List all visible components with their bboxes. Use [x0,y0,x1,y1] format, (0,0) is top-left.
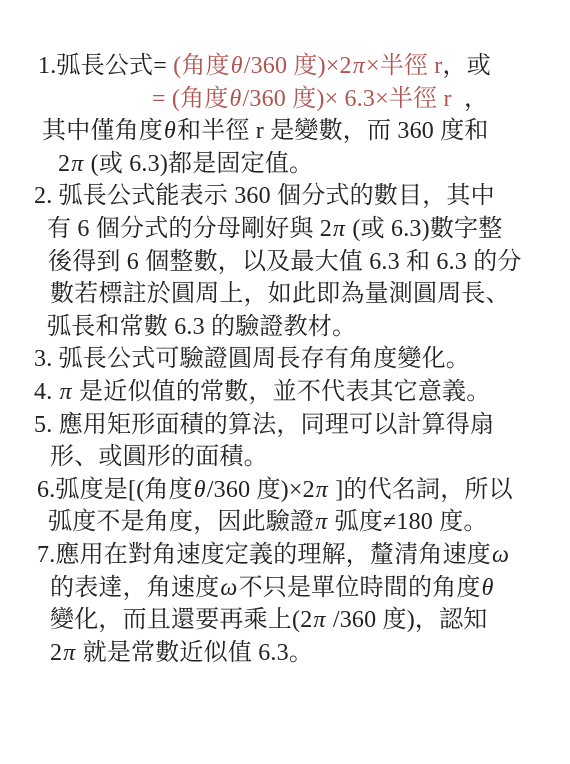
greek-symbol: π [59,379,73,405]
text-segment: 6.弧度是[(角度θ/360 度)×2π ]的代名詞，所以 [37,477,513,503]
text-segment: 7.應用在對角速度定義的理解，釐清角速度ω [37,542,510,568]
text-line-7: 後得到 6 個整數，以及最大值 6.3 和 6.3 的分 [48,246,560,279]
text-line-14: 6.弧度是[(角度θ/360 度)×2π ]的代名詞，所以 [37,474,560,507]
greek-symbol: ω [491,542,510,568]
greek-symbol: θ [193,477,207,503]
text-segment: ，或 [443,53,491,79]
text-segment: 2π (或 6.3)都是固定值。 [58,151,313,177]
text-line-15: 弧度不是角度，因此驗證π 弧度≠180 度。 [48,506,560,539]
greek-symbol: θ [481,575,495,601]
text-segment: 5. 應用矩形面積的算法，同理可以計算得扇 [34,412,494,438]
formula-highlight-segment: = (角度θ/360 度)× 6.3×半徑 r [152,86,452,112]
text-segment: 形、或圓形的面積。 [50,444,268,470]
greek-symbol: ω [219,575,238,601]
greek-symbol: π [315,477,329,503]
text-line-11: 4. π 是近似值的常數，並不代表其它意義。 [34,376,560,409]
greek-symbol: π [70,151,84,177]
document-page: 1.弧長公式= (角度θ/360 度)×2π×半徑 r，或= (角度θ/360 … [0,0,570,764]
greek-symbol: θ [229,86,243,112]
greek-symbol: π [332,216,346,242]
text-line-6: 有 6 個分式的分母剛好與 2π (或 6.3)數字整 [47,213,560,246]
text-segment: 變化，而且還要再乘上(2π /360 度)，認知 [50,607,488,633]
text-segment: 弧度不是角度，因此驗證π 弧度≠180 度。 [48,509,488,535]
text-line-13: 形、或圓形的面積。 [50,441,560,474]
greek-symbol: π [314,509,328,535]
text-segment: 3. 弧長公式可驗證圓周長存有角度變化。 [34,346,470,372]
text-line-10: 3. 弧長公式可驗證圓周長存有角度變化。 [34,343,560,376]
document-body: 1.弧長公式= (角度θ/360 度)×2π×半徑 r，或= (角度θ/360 … [34,50,560,669]
text-line-16: 7.應用在對角速度定義的理解，釐清角速度ω [37,539,560,572]
formula-highlight-segment: (角度θ/360 度)×2π×半徑 r [173,53,442,79]
greek-symbol: π [352,53,366,79]
text-segment: 數若標註於圓周上，如此即為量測圓周長、 [50,281,510,307]
text-line-17: 的表達，角速度ω不只是單位時間的角度θ [50,572,560,605]
text-line-19: 2π 就是常數近似值 6.3。 [50,637,560,670]
greek-symbol: θ [163,118,177,144]
text-line-12: 5. 應用矩形面積的算法，同理可以計算得扇 [34,409,560,442]
text-line-2: = (角度θ/360 度)× 6.3×半徑 r ， [152,83,560,116]
text-line-9: 弧長和常數 6.3 的驗證教材。 [47,311,560,344]
text-segment: 4. π 是近似值的常數，並不代表其它意義。 [34,379,490,405]
text-line-18: 變化，而且還要再乘上(2π /360 度)，認知 [50,604,560,637]
text-line-5: 2. 弧長公式能表示 360 個分式的數目，其中 [34,180,560,213]
text-line-4: 2π (或 6.3)都是固定值。 [58,148,560,181]
text-segment: 後得到 6 個整數，以及最大值 6.3 和 6.3 的分 [48,249,522,275]
text-segment: 有 6 個分式的分母剛好與 2π (或 6.3)數字整 [47,216,502,242]
text-segment: 其中僅角度θ和半徑 r 是變數，而 360 度和 [42,118,489,144]
text-line-8: 數若標註於圓周上，如此即為量測圓周長、 [50,278,560,311]
text-line-3: 其中僅角度θ和半徑 r 是變數，而 360 度和 [42,115,560,148]
text-segment: 弧長和常數 6.3 的驗證教材。 [47,314,356,340]
text-line-1: 1.弧長公式= (角度θ/360 度)×2π×半徑 r，或 [38,50,560,83]
text-segment: 2. 弧長公式能表示 360 個分式的數目，其中 [34,183,495,209]
text-segment: 1.弧長公式= [38,53,173,79]
text-segment: ， [452,86,489,112]
greek-symbol: θ [230,53,244,79]
text-segment: 2π 就是常數近似值 6.3。 [50,640,313,666]
greek-symbol: π [62,640,76,666]
greek-symbol: π [312,607,326,633]
text-segment: 的表達，角速度ω不只是單位時間的角度θ [50,575,495,601]
